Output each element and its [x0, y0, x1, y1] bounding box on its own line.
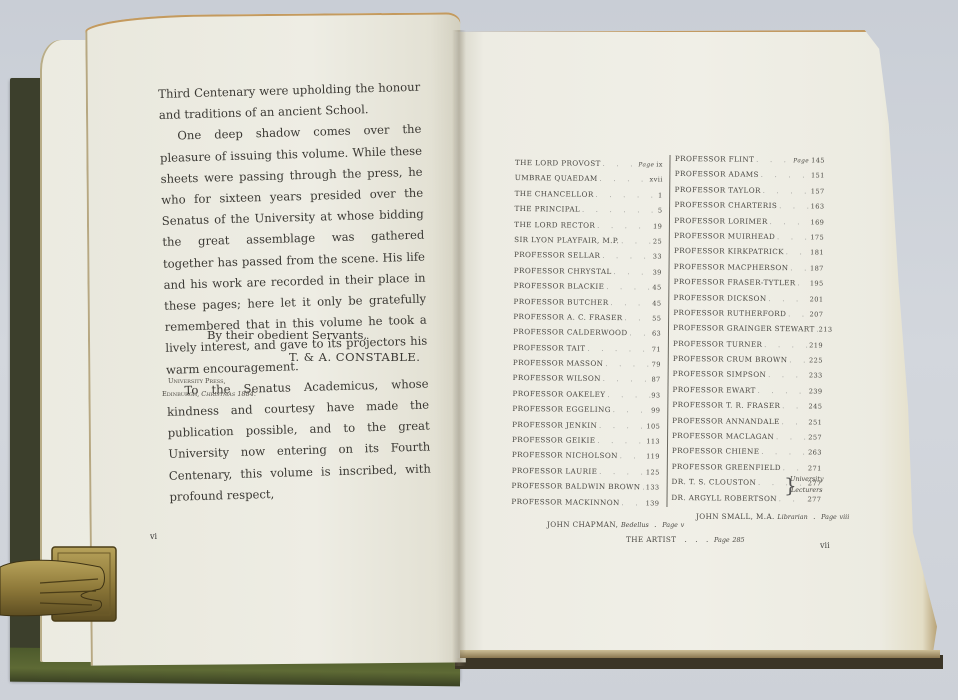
page-number: 133 — [646, 484, 660, 492]
leader-dots: . . . . . . . . . . — [620, 500, 646, 507]
page-number: 55 — [652, 314, 661, 322]
contents-entry: PROFESSOR JENKIN. . . . . . . . . .105 — [512, 420, 660, 437]
contents-entry: PROFESSOR ADAMS. . . . . . . . . .151 — [675, 169, 825, 186]
page-number: 139 — [646, 499, 660, 507]
artist-name: THE ARTIST — [626, 535, 676, 544]
page-number-right: vii — [820, 541, 830, 550]
contents-entry-page: 257 — [808, 433, 822, 441]
contents-entry-name: PROFESSOR T. R. FRASER — [672, 400, 780, 410]
contents-entry-name: PROFESSOR CRUM BROWN — [673, 354, 788, 364]
leader-dots: . . . . . . . . . . — [768, 219, 811, 226]
leader-dots: . . . . . . . . . . — [784, 249, 810, 256]
imprint-place: Edinburgh, — [162, 390, 199, 398]
page-label: Page — [638, 162, 654, 168]
contents-entry-page: 45 — [652, 284, 661, 292]
contents-entry-page: 271 — [808, 464, 822, 472]
leader-dots: . . . . . . . . . . — [618, 454, 646, 461]
contents-entry-name: DR. T. S. CLOUSTON — [672, 477, 757, 487]
contents-entry-page: xvii — [649, 176, 662, 184]
contents-entry-name: PROFESSOR MACKINNON — [511, 497, 619, 507]
contents-entry-page: 151 — [811, 172, 825, 180]
page-number: 87 — [651, 376, 660, 384]
contents-entry-page: 33 — [653, 253, 662, 261]
small-page-label: Page — [821, 513, 837, 521]
contents-entry-page: 245 — [809, 403, 823, 411]
chapman-page-label: Page — [662, 521, 678, 529]
page-number: ix — [656, 160, 663, 168]
contents-entry: PROFESSOR FLINT. . . . . . . . . .Page14… — [675, 154, 825, 171]
small-page: viii — [840, 513, 850, 521]
page-number: 257 — [808, 433, 822, 441]
contents-entry: THE CHANCELLOR. . . . . . . . . .1 — [515, 189, 663, 206]
contents-entry-page: 133 — [646, 484, 660, 492]
page-number: 33 — [653, 253, 662, 261]
contents-entry: PROFESSOR GRAINGER STEWART. . . . . . . … — [673, 323, 823, 340]
contents-entry-page: 233 — [809, 372, 823, 380]
page-number: 219 — [809, 341, 823, 349]
page-number: 145 — [811, 156, 825, 164]
contents-entry-page: 55 — [652, 314, 661, 322]
contents-entry-page: 87 — [651, 376, 660, 384]
contents-entry-page: Page145 — [793, 156, 825, 164]
contents-entry-page: 163 — [811, 203, 825, 211]
page-number: 45 — [652, 284, 661, 292]
contents-entry-name: PROFESSOR TURNER — [673, 339, 762, 349]
contents-entry: PROFESSOR FRASER-TYTLER. . . . . . . . .… — [674, 277, 824, 294]
contents-entry: THE PRINCIPAL. . . . . . . . . .5 — [514, 204, 662, 221]
leader-dots: . . . . . . . . . . — [594, 192, 658, 200]
contents-entry-page: 157 — [811, 187, 825, 195]
contents-entry-name: PROFESSOR FRASER-TYTLER — [674, 277, 796, 287]
leader-dots: . . . . . . . . . . — [754, 157, 793, 164]
contents-entry-name: PROFESSOR MACPHERSON — [674, 262, 789, 272]
page-number: 245 — [809, 403, 823, 411]
page-number: 263 — [808, 449, 822, 457]
contents-entry-page: 175 — [810, 233, 824, 241]
contents-entry: PROFESSOR RUTHERFORD. . . . . . . . . .2… — [673, 308, 823, 325]
leader-dots: . . . . . . . . . . — [759, 172, 811, 180]
page-number: 45 — [652, 299, 661, 307]
contents-entry: PROFESSOR CRUM BROWN. . . . . . . . . .2… — [673, 354, 823, 371]
contents-entry: PROFESSOR SELLAR. . . . . . . . . .33 — [514, 250, 662, 267]
contents-entry-name: PROFESSOR SIMPSON — [673, 369, 767, 379]
contents-entry-page: 93 — [651, 391, 660, 399]
contents-entry-name: PROFESSOR ADAMS — [675, 169, 759, 179]
contents-entry-name: PROFESSOR CHIENE — [672, 446, 760, 456]
contents-entry-name: PROFESSOR RUTHERFORD — [673, 308, 786, 318]
contents-entry: PROFESSOR CHARTERIS. . . . . . . . . .16… — [674, 200, 824, 217]
right-page-edge — [460, 650, 940, 658]
small-name: JOHN SMALL, M.A. — [696, 512, 775, 521]
contents-entry: PROFESSOR NICHOLSON. . . . . . . . . .11… — [512, 450, 660, 467]
contents-entry-name: PROFESSOR MACLAGAN — [672, 431, 774, 441]
contents-entry: PROFESSOR EGGELING. . . . . . . . . .99 — [512, 404, 660, 421]
artist-page: 285 — [732, 536, 744, 544]
contents-entry-name: PROFESSOR WILSON — [513, 373, 601, 383]
page-number: 175 — [810, 233, 824, 241]
contents-entry: PROFESSOR MASSON. . . . . . . . . .79 — [513, 358, 661, 375]
contents-column-right: PROFESSOR FLINT. . . . . . . . . .Page14… — [671, 154, 825, 510]
contents-entry: PROFESSOR CHRYSTAL. . . . . . . . . .39 — [514, 266, 662, 283]
leader-dots: . . . . . . . . . . — [597, 423, 646, 431]
contents-entry: PROFESSOR BUTCHER. . . . . . . . . .45 — [513, 297, 661, 314]
small-role: Librarian — [777, 513, 807, 521]
contents-entry: PROFESSOR WILSON. . . . . . . . . .87 — [513, 373, 661, 390]
contents-entry-page: Pageix — [638, 160, 663, 168]
contents-entry-page: 181 — [810, 249, 824, 257]
contents-entry-name: PROFESSOR ANNANDALE — [672, 416, 780, 426]
page-number: 213 — [819, 326, 833, 334]
leader-dots: . . . . . . . . . . — [796, 280, 810, 287]
leader-dots: . . . . . . . . . . — [761, 188, 811, 196]
page-number: 105 — [646, 422, 660, 430]
contents-entry-name: PROFESSOR MUIRHEAD — [674, 231, 775, 241]
contents-entry: PROFESSOR BLACKIE. . . . . . . . . .45 — [514, 281, 662, 298]
contents-entry-name: PROFESSOR GREENFIELD — [672, 462, 781, 472]
dedication-signature: T. & A. CONSTABLE. — [289, 350, 420, 364]
contents-entry-page: 63 — [652, 330, 661, 338]
contents-column-left: THE LORD PROVOST. . . . . . . . . .Pagei… — [511, 158, 663, 514]
page-number: 251 — [808, 418, 822, 426]
leader-dots: . . . . . . . . . . — [595, 222, 653, 230]
contents-entry: PROFESSOR SIMPSON. . . . . . . . . .233 — [673, 369, 823, 386]
leader-dots: . . . . . . . . . . — [780, 403, 808, 410]
page-number: 157 — [811, 187, 825, 195]
chapman-role: Bedellus — [621, 521, 649, 529]
contents-footer-artist: THE ARTIST . . . Page 285 — [626, 535, 745, 544]
page-label: Page — [793, 158, 809, 164]
contents-entry-page: 71 — [652, 345, 661, 353]
contents-entry-page: 187 — [810, 264, 824, 272]
leader-dots: . . . . . . . . . . — [603, 361, 651, 369]
leader-dots: . . . . . . . . . . — [766, 372, 809, 379]
contents-entry-page: 39 — [653, 268, 662, 276]
contents-entry: THE LORD RECTOR. . . . . . . . . .19 — [514, 220, 662, 237]
contents-entry-page: 25 — [653, 237, 662, 245]
leader-dots: . . . . . . . . . . — [781, 465, 808, 472]
contents-entry: PROFESSOR GEIKIE. . . . . . . . . .113 — [512, 435, 660, 452]
contents-entry-page: 5 — [658, 207, 663, 215]
imprint-line-2: Edinburgh, Christmas 1884. — [162, 388, 256, 401]
page-number: 187 — [810, 264, 824, 272]
contents-entry-name: PROFESSOR LAURIE — [512, 466, 598, 476]
contents-entry: PROFESSOR CHIENE. . . . . . . . . .263 — [672, 446, 822, 463]
contents-entry-name: PROFESSOR OAKELEY — [512, 389, 605, 399]
contents-entry-page: 277 — [808, 495, 822, 503]
contents-entry-name: PROFESSOR EGGELING — [512, 404, 611, 414]
contents-entry-page: 19 — [653, 222, 662, 230]
contents-footer-chapman: JOHN CHAPMAN, Bedellus . Page v — [547, 520, 684, 529]
leader-dots: . . . . . . . . . . — [611, 407, 651, 414]
contents-entry-name: PROFESSOR MASSON — [513, 358, 604, 368]
contents-entry-name: THE LORD PROVOST — [515, 158, 601, 168]
contents-entry-name: PROFESSOR NICHOLSON — [512, 450, 618, 460]
contents-entry-page: 45 — [652, 299, 661, 307]
leader-dots: . . . . . . . . . . — [605, 392, 651, 399]
contents-entry-page: 79 — [652, 361, 661, 369]
contents-entry: PROFESSOR MACKINNON. . . . . . . . . .13… — [511, 497, 659, 514]
page-number: 163 — [811, 203, 825, 211]
contents-entry: PROFESSOR MUIRHEAD. . . . . . . . . .175 — [674, 231, 824, 248]
contents-entry: PROFESSOR CALDERWOOD. . . . . . . . . .6… — [513, 327, 661, 344]
contents-entry-name: PROFESSOR BLACKIE — [514, 281, 605, 291]
dedication-paragraph-1: Third Centenary were upholding the honou… — [158, 77, 421, 127]
contents-entry: PROFESSOR TAIT. . . . . . . . . .71 — [513, 343, 661, 360]
contents-entry-page: 225 — [809, 356, 823, 364]
artist-page-label: Page — [714, 536, 730, 544]
page-number: xvii — [649, 176, 662, 184]
leader-dots: . . . . . . . . . . — [775, 234, 810, 241]
page-number: 119 — [646, 453, 660, 461]
contents-entry: PROFESSOR BALDWIN BROWN. . . . . . . . .… — [511, 481, 659, 498]
page-number: 233 — [809, 372, 823, 380]
contents-footer-small: JOHN SMALL, M.A. Librarian . Page viii — [696, 512, 849, 521]
page-number: 207 — [809, 310, 823, 318]
contents-entry-name: PROFESSOR KIRKPATRICK — [674, 246, 784, 256]
leader-dots: . . . . . . . . . . — [601, 161, 639, 168]
page-number: 79 — [652, 361, 661, 369]
brace-icon: } — [784, 474, 797, 496]
contents-entry: PROFESSOR LORIMER. . . . . . . . . .169 — [674, 216, 824, 233]
contents-entry: PROFESSOR A. C. FRASER. . . . . . . . . … — [513, 312, 661, 329]
contents-entry: PROFESSOR TAYLOR. . . . . . . . . .157 — [675, 185, 825, 202]
contents-entry-page: 207 — [809, 310, 823, 318]
contents-entry-name: UMBRAE QUAEDAM — [515, 173, 598, 183]
leader-dots: . . . . . . . . . . — [601, 376, 652, 384]
contents-entry-name: PROFESSOR BUTCHER — [513, 297, 608, 307]
leader-dots: . . . . . . . . . . — [780, 419, 809, 426]
leader-dots: . . . . . . . . . . — [774, 434, 808, 441]
contents-entry-name: PROFESSOR BALDWIN BROWN — [512, 481, 641, 491]
contents-entry: PROFESSOR EWART. . . . . . . . . .239 — [672, 385, 822, 402]
contents-entry: PROFESSOR T. R. FRASER. . . . . . . . . … — [672, 400, 822, 417]
contents-entry: PROFESSOR TURNER. . . . . . . . . .219 — [673, 339, 823, 356]
contents-entry-page: 195 — [810, 280, 824, 288]
page-number-left: vi — [150, 532, 157, 541]
contents-entry: PROFESSOR DICKSON. . . . . . . . . .201 — [673, 293, 823, 310]
contents-entry-name: PROFESSOR GEIKIE — [512, 435, 595, 445]
leader-dots: . . . . . . . . . . — [788, 265, 810, 272]
imprint-date: Christmas 1884. — [201, 390, 256, 398]
page-number: 201 — [810, 295, 824, 303]
imprint: University Press, Edinburgh, Christmas 1… — [162, 375, 256, 401]
brass-hand-bookmark-icon — [0, 545, 118, 623]
page-number: 277 — [808, 495, 822, 503]
contents-entry-page: 125 — [646, 468, 660, 476]
leader-dots: . . . . . . . . . . — [787, 357, 809, 364]
page-number: 271 — [808, 464, 822, 472]
contents-entry-name: DR. ARGYLL ROBERTSON — [671, 493, 777, 503]
page-number: 39 — [653, 268, 662, 276]
contents-entry-page: 201 — [810, 295, 824, 303]
contents-entry-name: PROFESSOR A. C. FRASER — [513, 312, 622, 322]
contents-entry-name: PROFESSOR JENKIN — [512, 420, 597, 430]
contents-entry-page: 219 — [809, 341, 823, 349]
contents-entry: PROFESSOR ANNANDALE. . . . . . . . . .25… — [672, 416, 822, 433]
leader-dots: . . . . . . . . . . — [608, 300, 652, 307]
contents-entry-page: 105 — [646, 422, 660, 430]
page-number: 239 — [809, 387, 823, 395]
contents-entry: PROFESSOR KIRKPATRICK. . . . . . . . . .… — [674, 246, 824, 263]
page-number: 1 — [658, 191, 663, 199]
contents-entry-name: PROFESSOR FLINT — [675, 154, 754, 164]
leader-dots: . . . . . . . . . . — [777, 203, 811, 210]
contents-entry-name: PROFESSOR LORIMER — [674, 216, 768, 226]
book-gutter — [452, 30, 466, 666]
contents-entry-name: THE PRINCIPAL — [514, 204, 580, 214]
contents-entry-page: 169 — [810, 218, 824, 226]
dedication-text: Third Centenary were upholding the honou… — [158, 77, 432, 508]
contents-entry-name: PROFESSOR CHARTERIS — [674, 200, 777, 210]
leader-dots: . . . . . . . . . . — [597, 469, 646, 477]
page-number: 113 — [646, 437, 660, 445]
contents-entry-page: 239 — [809, 387, 823, 395]
leader-dots: . . . . . . . . . . — [612, 269, 653, 276]
contents-entry-name: THE LORD RECTOR — [514, 220, 595, 230]
contents-entry: PROFESSOR LAURIE. . . . . . . . . .125 — [512, 466, 660, 483]
contents-entry-page: 251 — [808, 418, 822, 426]
book-photo: Third Centenary were upholding the honou… — [0, 0, 958, 700]
page-number: 169 — [810, 218, 824, 226]
leader-dots: . . . . . . . . . . — [598, 176, 650, 184]
contents-entry: UMBRAE QUAEDAM. . . . . . . . . .xvii — [515, 173, 663, 190]
leader-dots: . . . . . . . . . . — [585, 345, 651, 353]
page-number: 5 — [658, 207, 663, 215]
contents-entry: PROFESSOR OAKELEY. . . . . . . . . .93 — [512, 389, 660, 406]
contents-entry-page: 99 — [651, 407, 660, 415]
contents-entry-name: PROFESSOR SELLAR — [514, 250, 600, 260]
leader-dots: . . . . . . . . . . — [600, 253, 652, 261]
page-number: 125 — [646, 468, 660, 476]
chapman-name: JOHN CHAPMAN, — [547, 520, 618, 529]
chapman-page: v — [681, 521, 685, 529]
contents-entry-name: THE CHANCELLOR — [515, 189, 594, 199]
contents-entry: SIR LYON PLAYFAIR, M.P.. . . . . . . . .… — [514, 235, 662, 252]
leader-dots: . . . . . . . . . . — [786, 311, 809, 318]
page-number: 151 — [811, 172, 825, 180]
contents-entry-name: PROFESSOR CHRYSTAL — [514, 266, 612, 276]
leader-dots: . . . . . . . . . . — [759, 449, 808, 457]
page-number: 93 — [651, 391, 660, 399]
contents-entry-name: PROFESSOR EWART — [672, 385, 755, 395]
contents-entry-page: 263 — [808, 449, 822, 457]
page-number: 181 — [810, 249, 824, 257]
leader-dots: . . . . . . . . . . — [767, 295, 810, 302]
imprint-line-1: University Press, — [162, 375, 256, 388]
page-number: 71 — [652, 345, 661, 353]
contents-entry-name: PROFESSOR TAYLOR — [675, 185, 761, 195]
leader-dots: . . . . . . . . . . — [580, 207, 658, 215]
leader-dots: . . . . . . . . . . — [627, 330, 652, 337]
page-number: 225 — [809, 356, 823, 364]
contents-entry: THE LORD PROVOST. . . . . . . . . .Pagei… — [515, 158, 663, 175]
leader-dots: . . . . . . . . . . — [623, 315, 653, 322]
brace-note: } University Lecturers — [790, 474, 824, 496]
page-number: 195 — [810, 280, 824, 288]
contents-entry-name: SIR LYON PLAYFAIR, M.P. — [514, 235, 619, 245]
page-number: 63 — [652, 330, 661, 338]
contents-entry-name: PROFESSOR TAIT — [513, 343, 586, 353]
contents-entry-page: 1 — [658, 191, 663, 199]
contents-entry-page: 119 — [646, 453, 660, 461]
page-number: 19 — [653, 222, 662, 230]
contents-entry: PROFESSOR MACPHERSON. . . . . . . . . .1… — [674, 262, 824, 279]
leader-dots: . . . . . . . . . . — [619, 238, 653, 245]
contents-entry-page: 113 — [646, 437, 660, 445]
page-number: 25 — [653, 237, 662, 245]
page-number: 99 — [651, 407, 660, 415]
contents-entry-page: 213 — [819, 326, 833, 334]
leader-dots: . . . . . . . . . . — [762, 342, 809, 349]
dedication-closing: By their obedient Servants, — [207, 328, 367, 342]
leader-dots: . . . . . . . . . . — [604, 284, 652, 292]
leader-dots: . . . . . . . . . . — [595, 438, 646, 446]
leader-dots: . . . . . . . . . . — [756, 388, 809, 396]
contents-entry: PROFESSOR MACLAGAN. . . . . . . . . .257 — [672, 431, 822, 448]
contents-entry-page: 139 — [646, 499, 660, 507]
contents-entry-name: PROFESSOR DICKSON — [673, 293, 766, 303]
contents-entry-name: PROFESSOR GRAINGER STEWART — [673, 323, 815, 333]
contents-entry-name: PROFESSOR CALDERWOOD — [513, 327, 627, 337]
